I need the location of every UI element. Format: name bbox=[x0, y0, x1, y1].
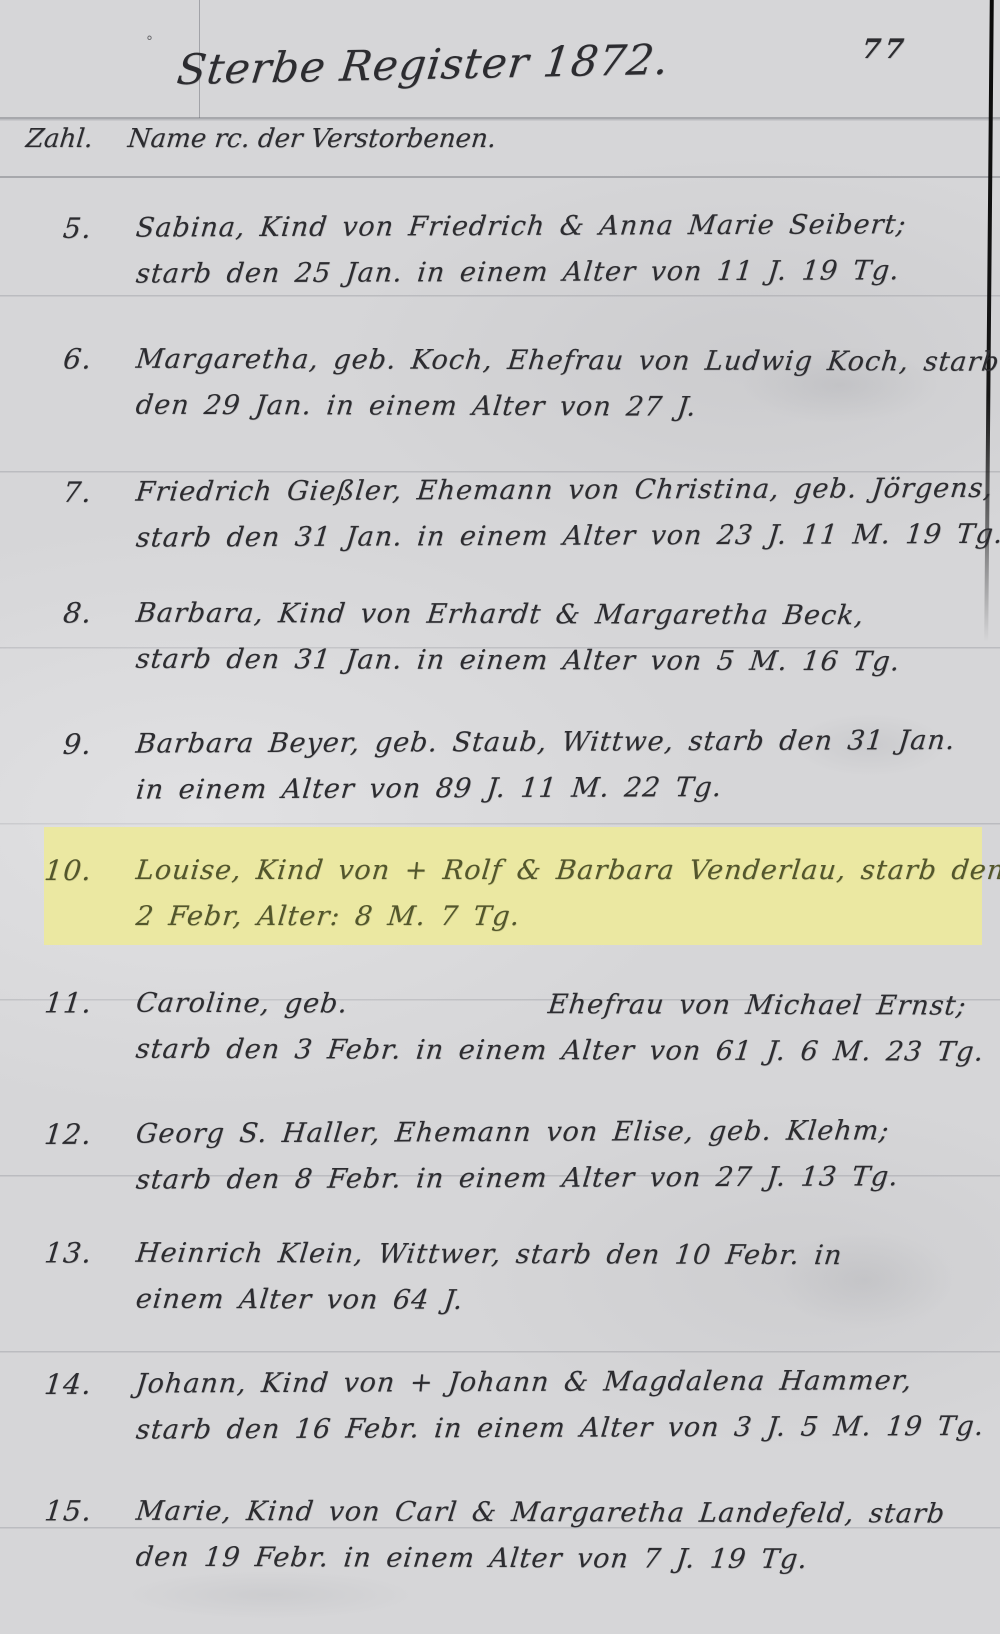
entry-line-2: starb den 3 Febr. in einem Alter von 61 … bbox=[133, 1027, 1000, 1076]
entry-line-1: Sabina, Kind von Friedrich & Anna Marie … bbox=[134, 202, 1000, 252]
entry-number: 7. bbox=[0, 470, 100, 516]
column-header-zahl: Zahl. bbox=[24, 124, 94, 154]
entry-number: 6. bbox=[0, 336, 101, 382]
register-entry: 15. Marie, Kind von Carl & Margaretha La… bbox=[0, 1488, 1000, 1583]
entry-number: 5. bbox=[0, 206, 100, 252]
entry-line-1: Margaretha, geb. Koch, Ehefrau von Ludwi… bbox=[134, 337, 1000, 386]
entry-line-1: Marie, Kind von Carl & Margaretha Landef… bbox=[134, 1489, 1000, 1538]
register-entry: 8. Barbara, Kind von Erhardt & Margareth… bbox=[0, 590, 1000, 685]
entry-line-2: 2 Febr, Alter: 8 M. 7 Tg. bbox=[134, 894, 1000, 940]
entry-line-2: starb den 25 Jan. in einem Alter von 11 … bbox=[134, 248, 1000, 298]
entry-line-1-left: Caroline, geb. bbox=[134, 981, 351, 1028]
entry-number: 9. bbox=[0, 722, 100, 768]
entry-line-2: einem Alter von 64 J. bbox=[133, 1277, 1000, 1326]
entry-line-2: den 29 Jan. in einem Alter von 27 J. bbox=[133, 383, 1000, 432]
page-number: 77 bbox=[860, 34, 909, 65]
entry-line-1: Georg S. Haller, Ehemann von Elise, geb.… bbox=[134, 1108, 1000, 1158]
entry-number: 11. bbox=[0, 980, 101, 1026]
entry-number: 14. bbox=[0, 1362, 100, 1408]
entry-number: 15. bbox=[0, 1488, 101, 1534]
header-rule-bottom bbox=[0, 176, 1000, 178]
entry-number: 13. bbox=[0, 1230, 101, 1276]
entry-line-2: starb den 16 Febr. in einem Alter von 3 … bbox=[134, 1404, 1000, 1454]
entry-line-1-right: Ehefrau von Michael Ernst; bbox=[545, 982, 968, 1029]
entry-line-1: Louise, Kind von + Rolf & Barbara Vender… bbox=[134, 848, 1000, 894]
register-entry-highlighted: 10. Louise, Kind von + Rolf & Barbara Ve… bbox=[0, 848, 1000, 940]
register-entry: 11. Caroline, geb. Ehefrau von Michael E… bbox=[0, 980, 1000, 1075]
register-page: ° 77 Sterbe Register 1872. Zahl. Name rc… bbox=[0, 0, 1000, 1634]
entry-line-1: Johann, Kind von + Johann & Magdalena Ha… bbox=[134, 1358, 1000, 1408]
column-header-name: Name rc. der Verstorbenen. bbox=[126, 124, 497, 154]
register-entry: 9. Barbara Beyer, geb. Staub, Wittwe, st… bbox=[0, 718, 1000, 814]
entry-number: 12. bbox=[0, 1112, 100, 1158]
entry-line-1: Barbara Beyer, geb. Staub, Wittwe, starb… bbox=[134, 718, 1000, 768]
register-entry: 13. Heinrich Klein, Wittwer, starb den 1… bbox=[0, 1230, 1000, 1325]
register-entry: 14. Johann, Kind von + Johann & Magdalen… bbox=[0, 1358, 1000, 1454]
stray-ink-mark: ° bbox=[146, 34, 153, 50]
register-entry: 7. Friedrich Gießler, Ehemann von Christ… bbox=[0, 466, 1000, 562]
entry-line-1: Barbara, Kind von Erhardt & Margaretha B… bbox=[134, 591, 1000, 640]
entry-line-1: Heinrich Klein, Wittwer, starb den 10 Fe… bbox=[134, 1231, 1000, 1280]
register-entry: 12. Georg S. Haller, Ehemann von Elise, … bbox=[0, 1108, 1000, 1204]
entry-line-2: starb den 8 Febr. in einem Alter von 27 … bbox=[134, 1154, 1000, 1204]
register-entry: 5. Sabina, Kind von Friedrich & Anna Mar… bbox=[0, 202, 1000, 298]
register-title: Sterbe Register 1872. bbox=[174, 35, 672, 94]
entry-line-2: in einem Alter von 89 J. 11 M. 22 Tg. bbox=[134, 764, 1000, 814]
header-rule-top bbox=[0, 117, 1000, 119]
entry-line-2: starb den 31 Jan. in einem Alter von 23 … bbox=[134, 512, 1000, 562]
register-entry: 6. Margaretha, geb. Koch, Ehefrau von Lu… bbox=[0, 336, 1000, 431]
entry-number: 8. bbox=[0, 590, 101, 636]
entry-line-2: starb den 31 Jan. in einem Alter von 5 M… bbox=[133, 637, 1000, 686]
entry-line-1: Friedrich Gießler, Ehemann von Christina… bbox=[134, 466, 1000, 516]
entry-line-2: den 19 Febr. in einem Alter von 7 J. 19 … bbox=[133, 1535, 1000, 1584]
entry-number: 10. bbox=[0, 848, 100, 894]
